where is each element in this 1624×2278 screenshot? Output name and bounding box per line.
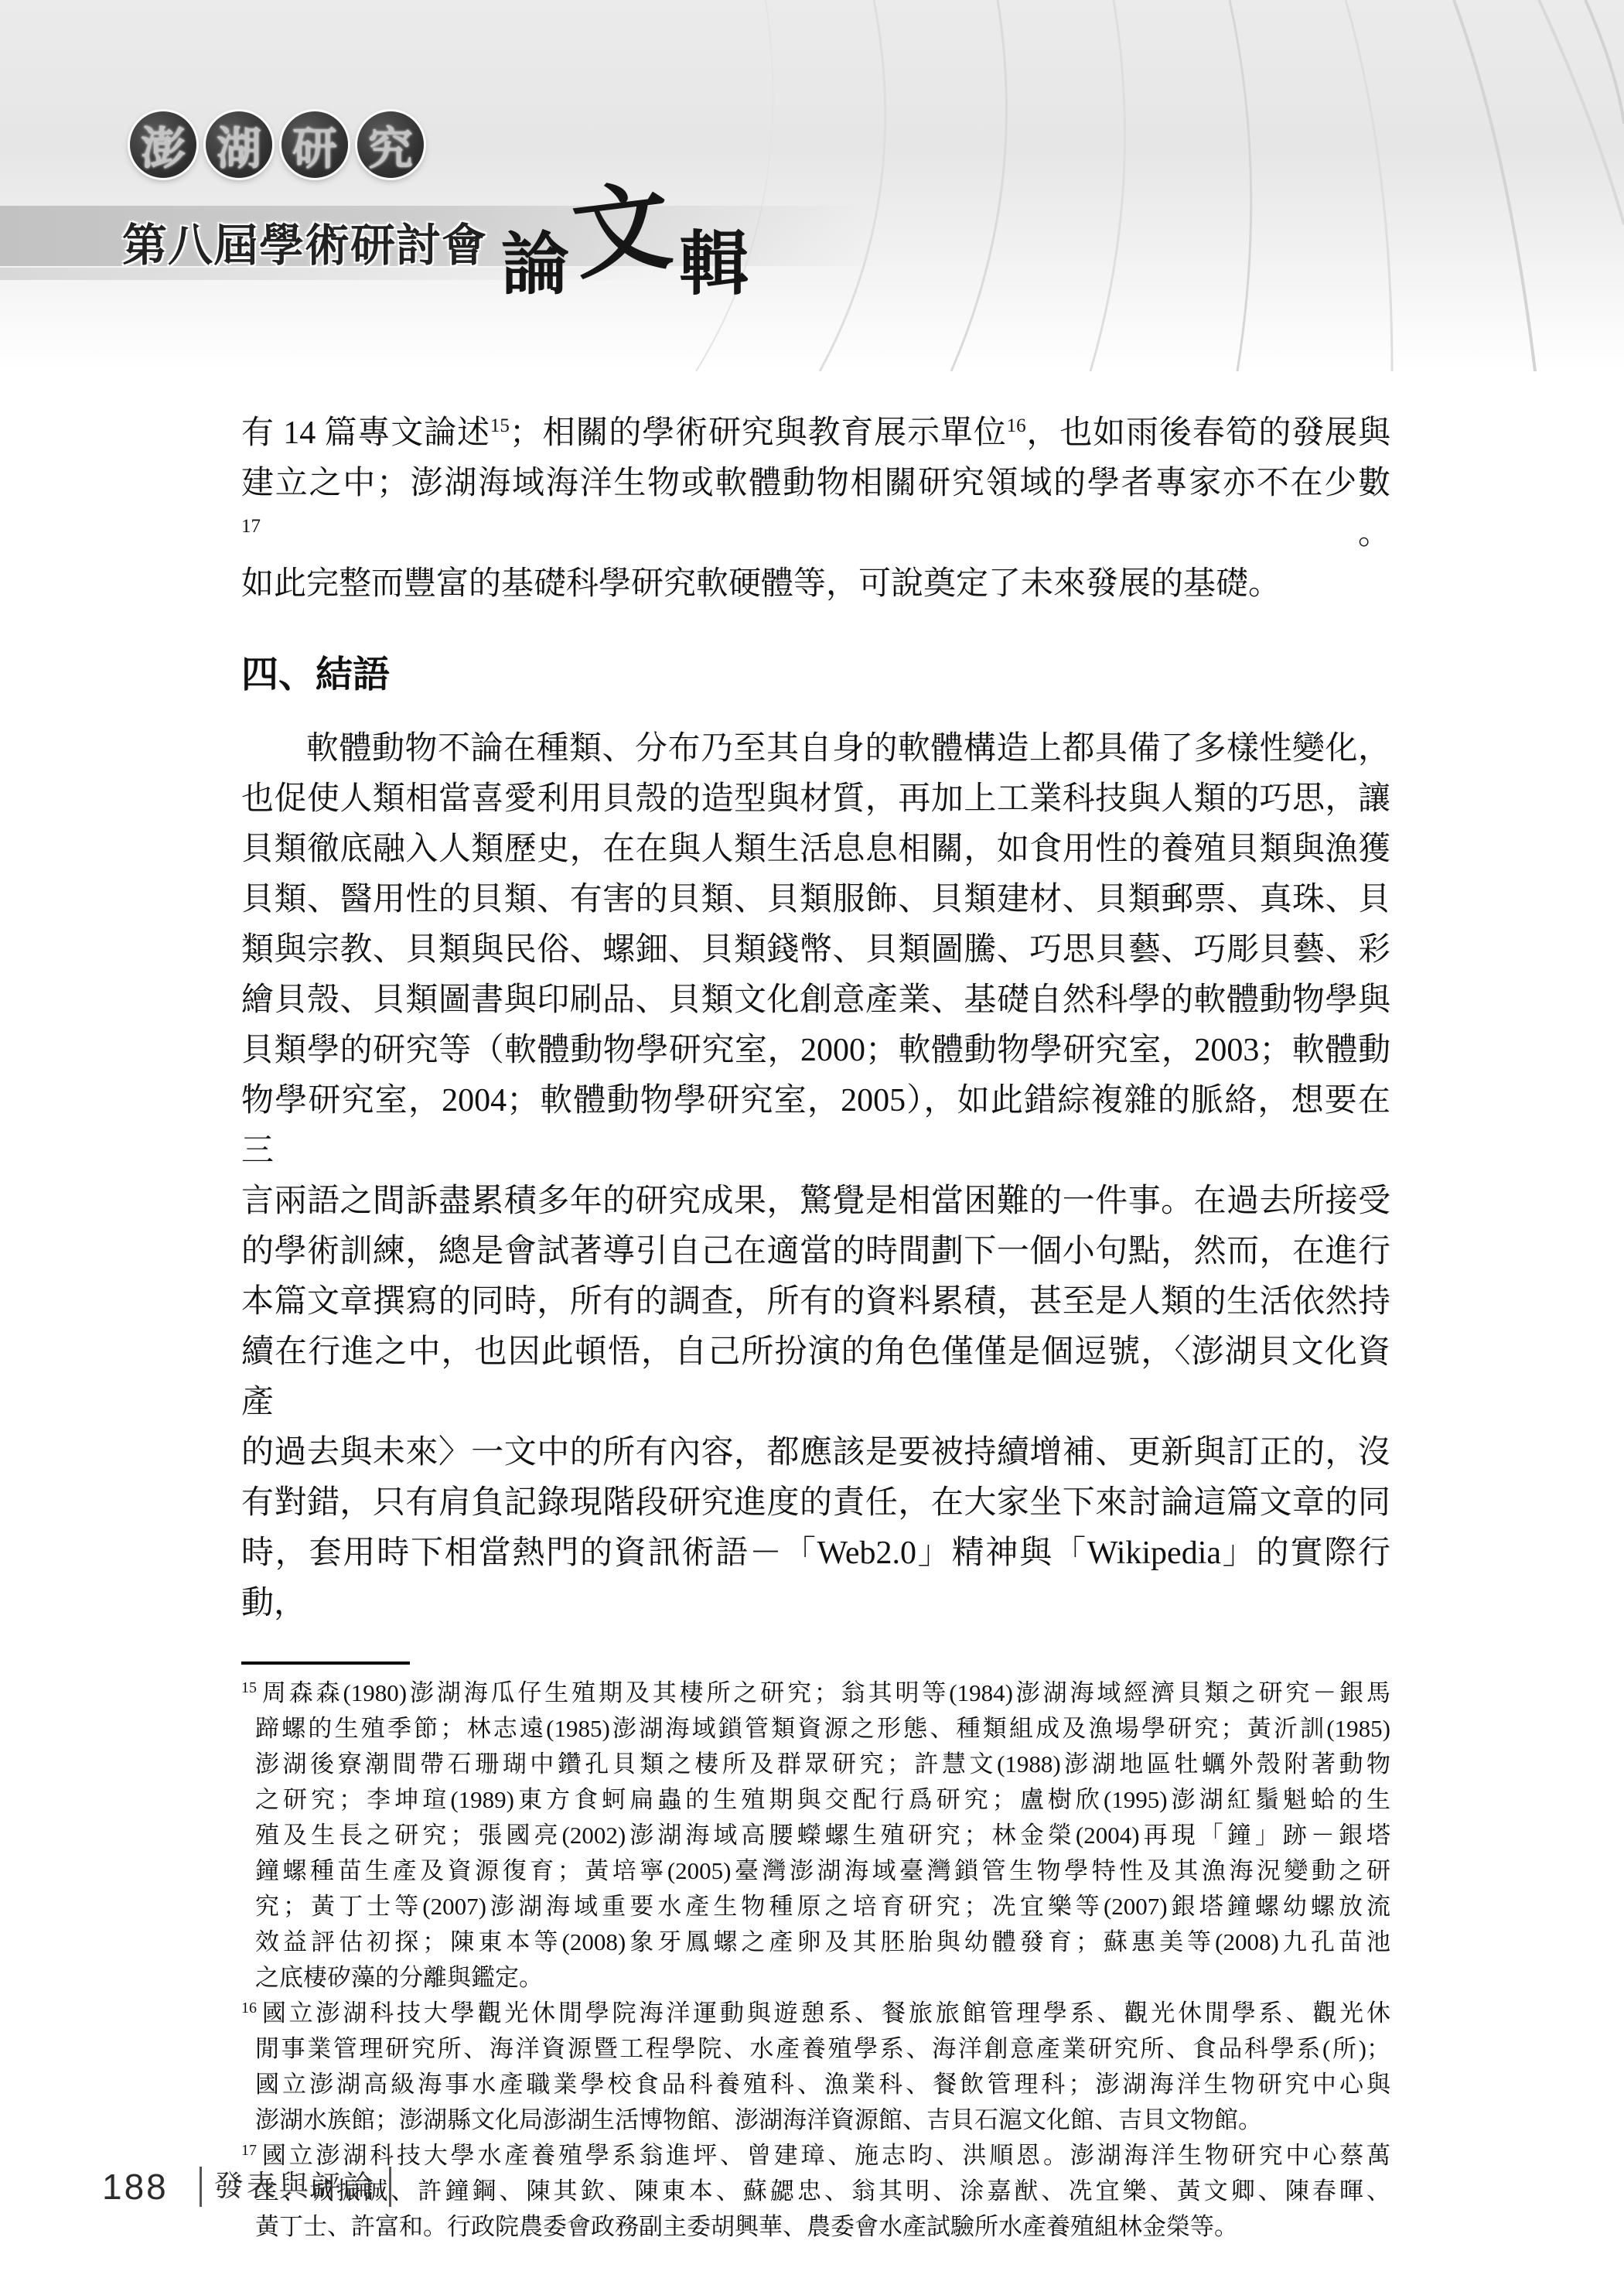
text-line: 有對錯，只有肩負記錄現階段研究進度的責任，在大家坐下來討論這篇文章的同 (241, 1478, 1390, 1528)
page-header-banner: 澎湖研究 第八屆學術研討會 論文輯 (0, 0, 1624, 371)
footnote-number: 17 (241, 2142, 257, 2159)
footnote-15: 15周森森(1980)澎湖海瓜仔生殖期及其棲所之研究；翁其明等(1984)澎湖海… (241, 1675, 1390, 1996)
paragraph-2: 軟體動物不論在種類、分布乃至其自身的軟體構造上都具備了多樣性變化，也促使人類相當… (241, 724, 1390, 1629)
collection-title: 論文輯 (501, 161, 764, 308)
text-line: 也促使人類相當喜愛利用貝殼的造型與材質，再加上工業科技與人類的巧思，讓 (241, 774, 1390, 825)
logo-badge-char: 湖 (206, 111, 272, 178)
text-line: 軟體動物不論在種類、分布乃至其自身的軟體構造上都具備了多樣性變化， (241, 724, 1390, 774)
footnote-ref: 16 (1007, 415, 1026, 436)
text-line: 貝類、醫用性的貝類、有害的貝類、貝類服飾、貝類建材、貝類郵票、真珠、貝 (241, 875, 1390, 925)
footnotes: 15周森森(1980)澎湖海瓜仔生殖期及其棲所之研究；翁其明等(1984)澎湖海… (241, 1675, 1390, 2245)
collection-title-char: 文 (564, 148, 677, 299)
footnote-line: 之研究；李坤瑄(1989)東方食蚵扁蟲的生殖期與交配行爲研究；盧樹欣(1995)… (255, 1782, 1390, 1818)
footer-section-label: 發表與評論 (200, 2167, 391, 2207)
text-line: 繪貝殼、貝類圖書與印刷品、貝類文化創意產業、基礎自然科學的軟體動物學與 (241, 975, 1390, 1026)
paragraph-1: 有 14 篇專文論述15；相關的學術研究與教育展示單位16，也如雨後春筍的發展與… (241, 408, 1390, 610)
footnote-line: 閒事業管理研究所、海洋資源暨工程學院、水產養殖學系、海洋創意產業研究所、食品科學… (255, 2031, 1390, 2067)
text-line: 有 14 篇專文論述15；相關的學術研究與教育展示單位16，也如雨後春筍的發展與 (241, 408, 1390, 459)
footnote-line: 16國立澎湖科技大學觀光休閒學院海洋運動與遊憩系、餐旅旅館管理學系、觀光休閒學系… (255, 1996, 1390, 2031)
text-line: 貝類學的研究等（軟體動物學研究室，2000；軟體動物學研究室，2003；軟體動 (241, 1026, 1390, 1076)
scanned-paper-page: 澎湖研究 第八屆學術研討會 論文輯 有 14 篇專文論述15；相關的學術研究與教… (0, 0, 1624, 2278)
footnote-line: 15周森森(1980)澎湖海瓜仔生殖期及其棲所之研究；翁其明等(1984)澎湖海… (255, 1675, 1390, 1711)
footnote-ref: 15 (490, 415, 510, 436)
text-line: 的學術訓練，總是會試著導引自己在適當的時間劃下一個小句點，然而，在進行 (241, 1227, 1390, 1277)
footnote-line: 國立澎湖高級海事水產職業學校食品科養殖科、漁業科、餐飲管理科；澎湖海洋生物研究中… (255, 2067, 1390, 2102)
text-line: 如此完整而豐富的基礎科學研究軟硬體等，可說奠定了未來發展的基礎。 (241, 559, 1390, 610)
page-number: 188 (102, 2166, 169, 2208)
text-line: 的過去與未來〉一文中的所有內容，都應該是要被持續增補、更新與訂正的，沒 (241, 1428, 1390, 1478)
footnote-separator (241, 1662, 410, 1665)
footnote-line: 效益評估初探；陳東本等(2008)象牙鳳螺之產卵及其胚胎與幼體發育；蘇惠美等(2… (255, 1925, 1390, 1960)
footnote-ref: 17 (241, 516, 261, 537)
text-line: 物學研究室，2004；軟體動物學研究室，2005），如此錯綜複雜的脈絡，想要在三 (241, 1076, 1390, 1177)
decorative-curves (0, 0, 1624, 371)
footnote-line: 澎湖後寮潮間帶石珊瑚中鑽孔貝類之棲所及群眾研究；許慧文(1988)澎湖地區牡蠣外… (255, 1747, 1390, 1782)
footnote-line: 17國立澎湖科技大學水產養殖學系翁進坪、曾建璋、施志昀、洪順恩。澎湖海洋生物研究… (255, 2138, 1390, 2174)
conference-subtitle: 第八屆學術研討會 (122, 209, 487, 274)
footnote-line: 殖及生長之研究；張國亮(2002)澎湖海域高腰蠑螺生殖研究；林金榮(2004)再… (255, 1818, 1390, 1853)
footnote-line: 蹄螺的生殖季節；林志遠(1985)澎湖海域鎖管類資源之形態、種類組成及漁場學研究… (255, 1711, 1390, 1747)
footnote-number: 15 (241, 1679, 257, 1696)
logo-badge-char: 研 (281, 111, 348, 178)
footnote-line: 黃丁士、許富和。行政院農委會政務副主委胡興華、農委會水產試驗所水產養殖組林金榮等… (255, 2209, 1390, 2245)
logo-badge-char: 究 (357, 111, 424, 178)
collection-title-char: 輯 (679, 207, 749, 308)
text-line: 貝類徹底融入人類歷史，在在與人類生活息息相關，如食用性的養殖貝類與漁獲 (241, 825, 1390, 875)
text-line: 時，套用時下相當熱門的資訊術語－「Web2.0」精神與「Wikipedia」的實… (241, 1528, 1390, 1629)
section-heading: 四、結語 (241, 651, 1390, 699)
text-line: 建立之中；澎湖海域海洋生物或軟體動物相關研究領域的學者專家亦不在少數17。 (241, 459, 1390, 559)
footnote-line: 究；黃丁士等(2007)澎湖海域重要水產生物種原之培育研究；冼宜樂等(2007)… (255, 1889, 1390, 1925)
collection-title-char: 論 (501, 210, 569, 308)
text-line: 本篇文章撰寫的同時，所有的調查，所有的資料累積，甚至是人類的生活依然持 (241, 1277, 1390, 1327)
text-line: 言兩語之間訴盡累積多年的研究成果，驚覺是相當困難的一件事。在過去所接受 (241, 1177, 1390, 1227)
footnote-line: 澎湖水族館；澎湖縣文化局澎湖生活博物館、澎湖海洋資源館、吉貝石滬文化館、吉貝文物… (255, 2102, 1390, 2138)
footnote-number: 16 (241, 2000, 257, 2017)
footnote-line: 鐘螺種苗生產及資源復育；黃培寧(2005)臺灣澎湖海域臺灣鎖管生物學特性及其漁海… (255, 1853, 1390, 1889)
footnote-line: 生、城振誠、許鐘鋼、陳其欽、陳東本、蘇勰忠、翁其明、涂嘉猷、冼宜樂、黃文卿、陳春… (255, 2174, 1390, 2209)
page-footer: 188 發表與評論 (102, 2166, 391, 2208)
logo-badges: 澎湖研究 (130, 111, 424, 178)
footnote-17: 17國立澎湖科技大學水產養殖學系翁進坪、曾建璋、施志昀、洪順恩。澎湖海洋生物研究… (241, 2138, 1390, 2245)
text-line: 類與宗教、貝類與民俗、螺鈿、貝類錢幣、貝類圖騰、巧思貝藝、巧彫貝藝、彩 (241, 925, 1390, 975)
page-content: 有 14 篇專文論述15；相關的學術研究與教育展示單位16，也如雨後春筍的發展與… (241, 408, 1390, 2245)
footnote-line: 之底棲矽藻的分離與鑑定。 (255, 1960, 1390, 1996)
footnote-16: 16國立澎湖科技大學觀光休閒學院海洋運動與遊憩系、餐旅旅館管理學系、觀光休閒學系… (241, 1996, 1390, 2138)
logo-badge-char: 澎 (130, 111, 196, 178)
text-line: 續在行進之中，也因此頓悟，自己所扮演的角色僅僅是個逗號，〈澎湖貝文化資產 (241, 1327, 1390, 1428)
